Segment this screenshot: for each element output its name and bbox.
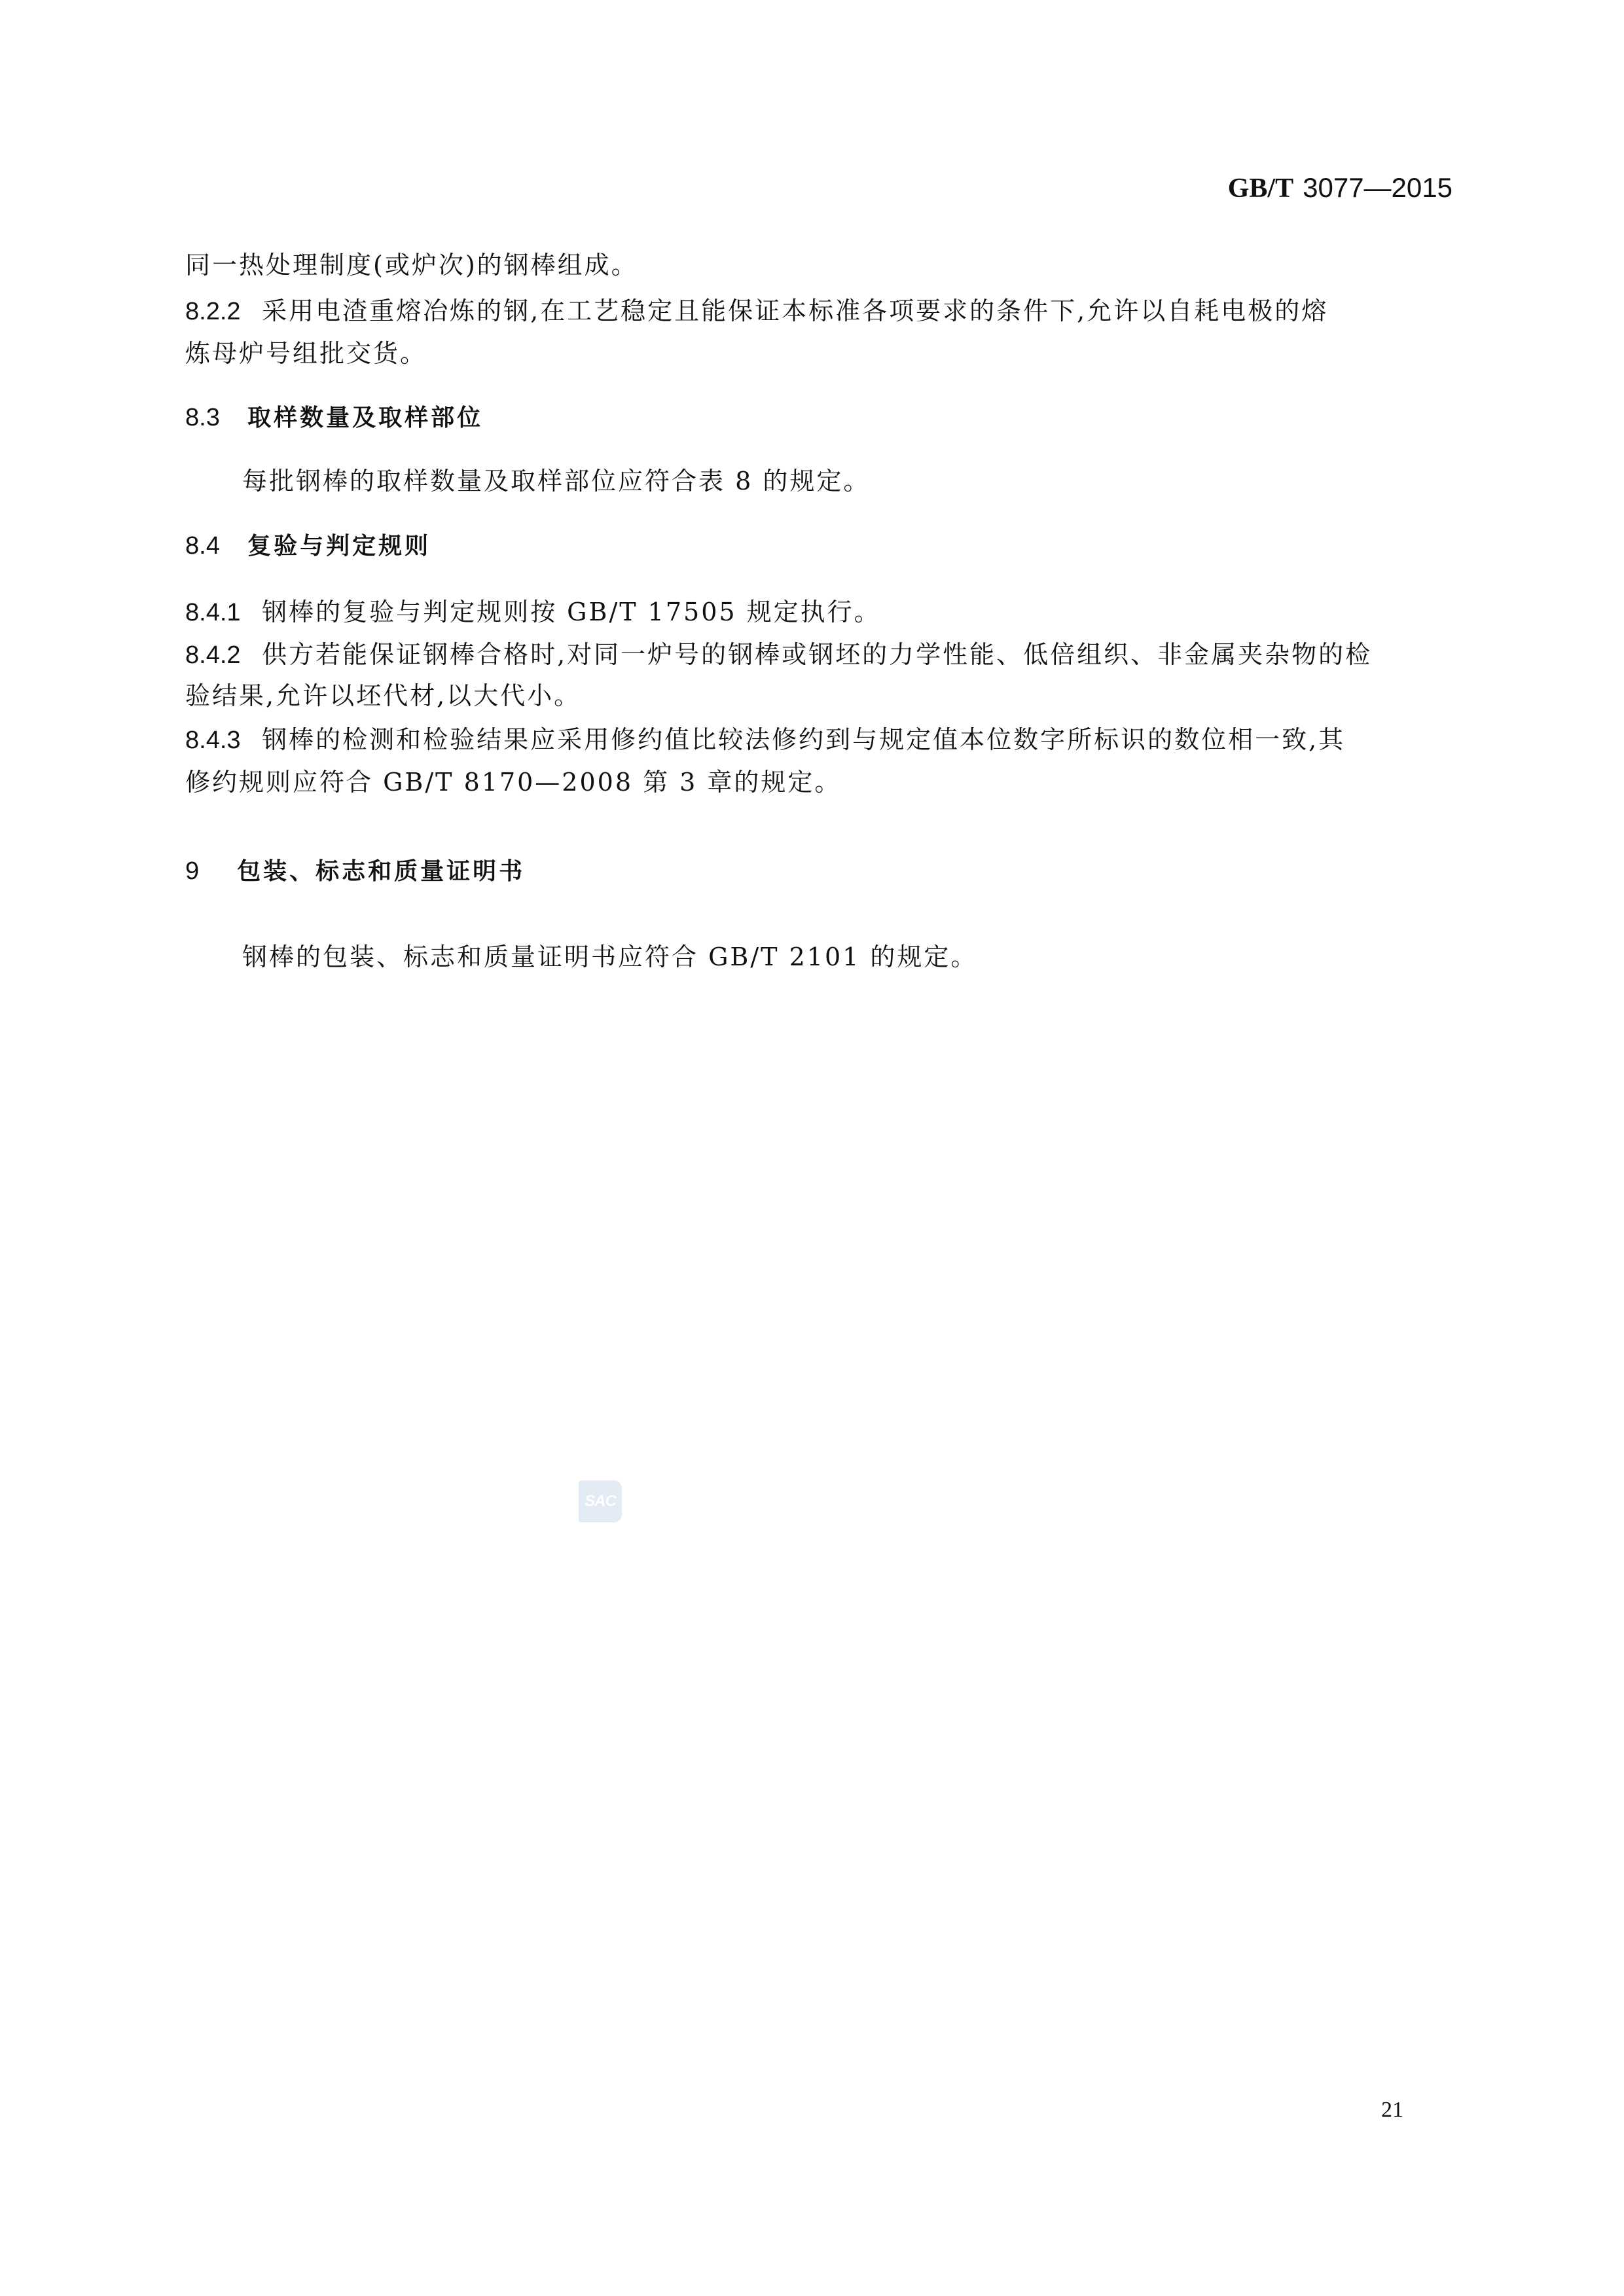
clause-number: 8.4.2 <box>185 639 243 671</box>
paragraph-line: 验结果,允许以坯代材,以大代小。 <box>185 680 581 711</box>
clause-8-4-2: 8.4.2 供方若能保证钢棒合格时,对同一炉号的钢棒或钢坯的力学性能、低倍组织、… <box>185 639 1372 671</box>
clause-number: 8.4.1 <box>185 597 243 628</box>
clause-text: 采用电渣重熔冶炼的钢,在工艺稳定且能保证本标准各项要求的条件下,允许以自耗电极的… <box>262 296 1328 325</box>
line-text: 修约规则应符合 GB/T 8170—2008 第 3 章的规定。 <box>185 768 841 797</box>
section-8-3-paragraph: 每批钢棒的取样数量及取样部位应符合表 8 的规定。 <box>242 465 870 497</box>
section-heading-8-4: 8.4 复验与判定规则 <box>185 529 431 562</box>
section-title: 包装、标志和质量证明书 <box>237 858 525 885</box>
clause-8-4-1: 8.4.1 钢棒的复验与判定规则按 GB/T 17505 规定执行。 <box>185 596 881 628</box>
standard-number: 3077—2015 <box>1303 172 1453 203</box>
paragraph-line: 炼母炉号组批交货。 <box>185 338 427 369</box>
standard-prefix: GB/T <box>1228 173 1293 204</box>
section-number: 9 <box>185 855 225 887</box>
clause-8-4-3: 8.4.3 钢棒的检测和检验结果应采用修约值比较法修约到与规定值本位数字所标识的… <box>185 724 1345 756</box>
paragraph-line: 同一热处理制度(或炉次)的钢棒组成。 <box>185 249 638 281</box>
paragraph-text: 钢棒的包装、标志和质量证明书应符合 GB/T 2101 的规定。 <box>242 942 977 971</box>
clause-8-2-2: 8.2.2 采用电渣重熔冶炼的钢,在工艺稳定且能保证本标准各项要求的条件下,允许… <box>185 295 1328 327</box>
watermark-text: SAC <box>585 1492 616 1511</box>
clause-text: 供方若能保证钢棒合格时,对同一炉号的钢棒或钢坯的力学性能、低倍组织、非金属夹杂物… <box>262 640 1372 669</box>
section-title: 取样数量及取样部位 <box>247 404 483 431</box>
line-text: 炼母炉号组批交货。 <box>185 339 427 368</box>
sac-watermark-logo: SAC <box>579 1480 622 1522</box>
section-title: 复验与判定规则 <box>247 533 431 560</box>
line-text: 同一热处理制度(或炉次)的钢棒组成。 <box>185 251 638 279</box>
page-number: 21 <box>1381 2098 1403 2123</box>
standard-header: GB/T3077—2015 <box>1228 171 1453 204</box>
section-number: 8.4 <box>185 530 232 562</box>
section-number: 8.3 <box>185 402 232 433</box>
section-heading-9: 9 包装、标志和质量证明书 <box>185 855 525 888</box>
clause-text: 钢棒的检测和检验结果应采用修约值比较法修约到与规定值本位数字所标识的数位相一致,… <box>262 725 1345 754</box>
line-text: 验结果,允许以坯代材,以大代小。 <box>185 681 581 710</box>
clause-number: 8.4.3 <box>185 725 243 756</box>
clause-text: 钢棒的复验与判定规则按 GB/T 17505 规定执行。 <box>262 598 881 626</box>
paragraph-text: 每批钢棒的取样数量及取样部位应符合表 8 的规定。 <box>242 467 870 495</box>
paragraph-line: 修约规则应符合 GB/T 8170—2008 第 3 章的规定。 <box>185 766 841 798</box>
clause-number: 8.2.2 <box>185 296 243 327</box>
section-9-paragraph: 钢棒的包装、标志和质量证明书应符合 GB/T 2101 的规定。 <box>242 941 977 973</box>
section-heading-8-3: 8.3 取样数量及取样部位 <box>185 401 483 434</box>
